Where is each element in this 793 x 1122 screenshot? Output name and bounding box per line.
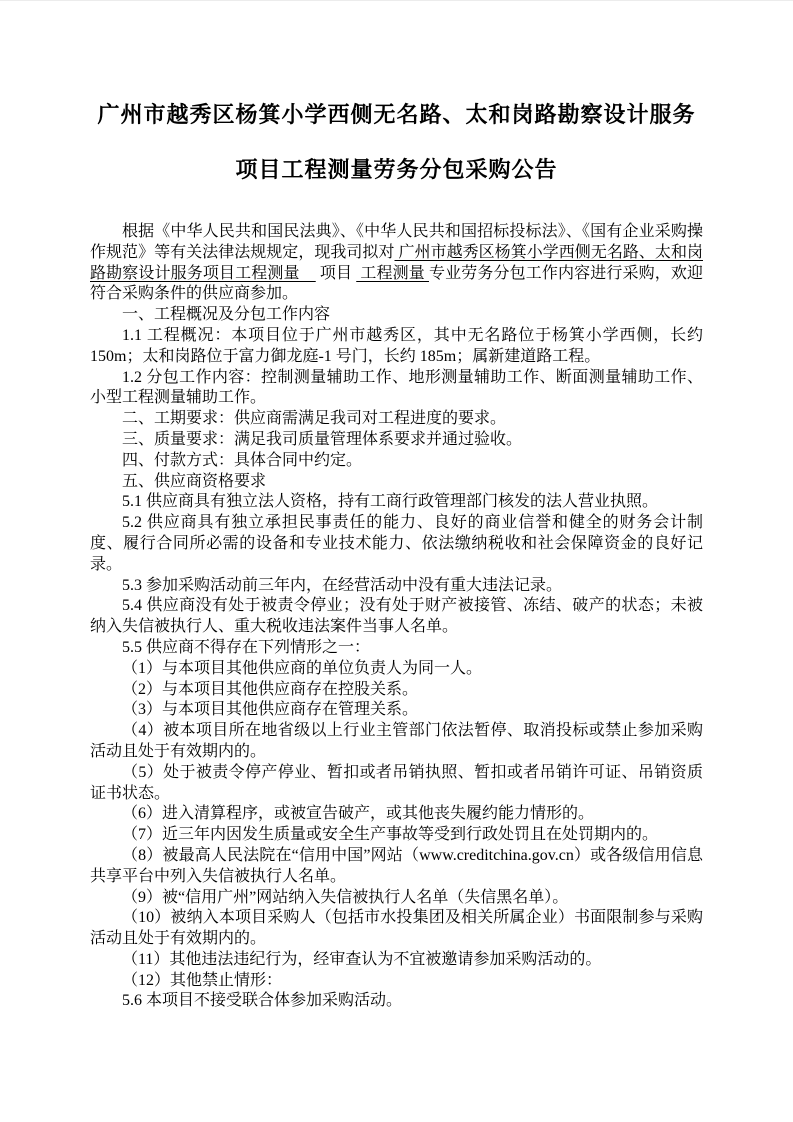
paragraph-item-8: （8）被最高人民法院在“信用中国”网站（www.creditchina.gov.… bbox=[90, 846, 703, 888]
paragraph-5-1: 5.1 供应商具有独立法人资格，持有工商行政管理部门核发的法人营业执照。 bbox=[90, 492, 703, 513]
paragraph-item-4: （4）被本项目所在地省级以上行业主管部门依法暂停、取消投标或禁止参加采购活动且处… bbox=[90, 721, 703, 763]
document-page: 广州市越秀区杨箕小学西侧无名路、太和岗路勘察设计服务 项目工程测量劳务分包采购公… bbox=[0, 0, 793, 1122]
paragraph-section-5-heading: 五、供应商资格要求 bbox=[90, 472, 703, 493]
paragraph-5-4: 5.4 供应商没有处于被责令停业；没有处于财产被接管、冻结、破产的状态；未被纳入… bbox=[90, 596, 703, 638]
intro-underline-work-type: 工程测量 bbox=[356, 265, 429, 282]
paragraph-item-7: （7）近三年内因发生质量或安全生产事故等受到行政处罚且在处罚期内的。 bbox=[90, 825, 703, 846]
paragraph-1-2: 1.2 分包工作内容：控制测量辅助工作、地形测量辅助工作、断面测量辅助工作、小型… bbox=[90, 368, 703, 410]
paragraph-item-1: （1）与本项目其他供应商的单位负责人为同一人。 bbox=[90, 659, 703, 680]
document-title: 广州市越秀区杨箕小学西侧无名路、太和岗路勘察设计服务 项目工程测量劳务分包采购公… bbox=[90, 87, 703, 197]
paragraph-item-5: （5）处于被责令停产停业、暂扣或者吊销执照、暂扣或者吊销许可证、吊销资质证书状态… bbox=[90, 763, 703, 805]
paragraph-section-2: 二、工期要求：供应商需满足我司对工程进度的要求。 bbox=[90, 409, 703, 430]
title-line-2: 项目工程测量劳务分包采购公告 bbox=[90, 142, 703, 197]
paragraph-5-6: 5.6 本项目不接受联合体参加采购活动。 bbox=[90, 991, 703, 1012]
paragraph-item-3: （3）与本项目其他供应商存在管理关系。 bbox=[90, 700, 703, 721]
intro-text-mid: 项目 bbox=[316, 265, 357, 282]
paragraph-item-10: （10）被纳入本项目采购人（包括市水投集团及相关所属企业）书面限制参与采购活动且… bbox=[90, 908, 703, 950]
paragraph-item-2: （2）与本项目其他供应商存在控股关系。 bbox=[90, 680, 703, 701]
paragraph-5-3: 5.3 参加采购活动前三年内，在经营活动中没有重大违法记录。 bbox=[90, 576, 703, 597]
paragraph-item-6: （6）进入清算程序，或被宣告破产，或其他丧失履约能力情形的。 bbox=[90, 804, 703, 825]
paragraph-item-9: （9）被“信用广州”网站纳入失信被执行人名单（失信黑名单）。 bbox=[90, 888, 703, 909]
intro-paragraph: 根据《中华人民共和国民法典》、《中华人民共和国招标投标法》、《国有企业采购操作规… bbox=[90, 222, 703, 305]
paragraph-section-1-heading: 一、工程概况及分包工作内容 bbox=[90, 305, 703, 326]
paragraph-5-2: 5.2 供应商具有独立承担民事责任的能力、良好的商业信誉和健全的财务会计制度、履… bbox=[90, 513, 703, 575]
title-line-1: 广州市越秀区杨箕小学西侧无名路、太和岗路勘察设计服务 bbox=[90, 87, 703, 142]
paragraph-item-12: （12）其他禁止情形： bbox=[90, 971, 703, 992]
document-body: 根据《中华人民共和国民法典》、《中华人民共和国招标投标法》、《国有企业采购操作规… bbox=[90, 222, 703, 1012]
paragraph-5-5: 5.5 供应商不得存在下列情形之一： bbox=[90, 638, 703, 659]
paragraph-section-3: 三、质量要求：满足我司质量管理体系要求并通过验收。 bbox=[90, 430, 703, 451]
paragraph-section-4: 四、付款方式：具体合同中约定。 bbox=[90, 451, 703, 472]
paragraph-1-1: 1.1 工程概况：本项目位于广州市越秀区，其中无名路位于杨箕小学西侧，长约 15… bbox=[90, 326, 703, 368]
paragraph-item-11: （11）其他违法违纪行为，经审查认为不宜被邀请参加采购活动的。 bbox=[90, 950, 703, 971]
